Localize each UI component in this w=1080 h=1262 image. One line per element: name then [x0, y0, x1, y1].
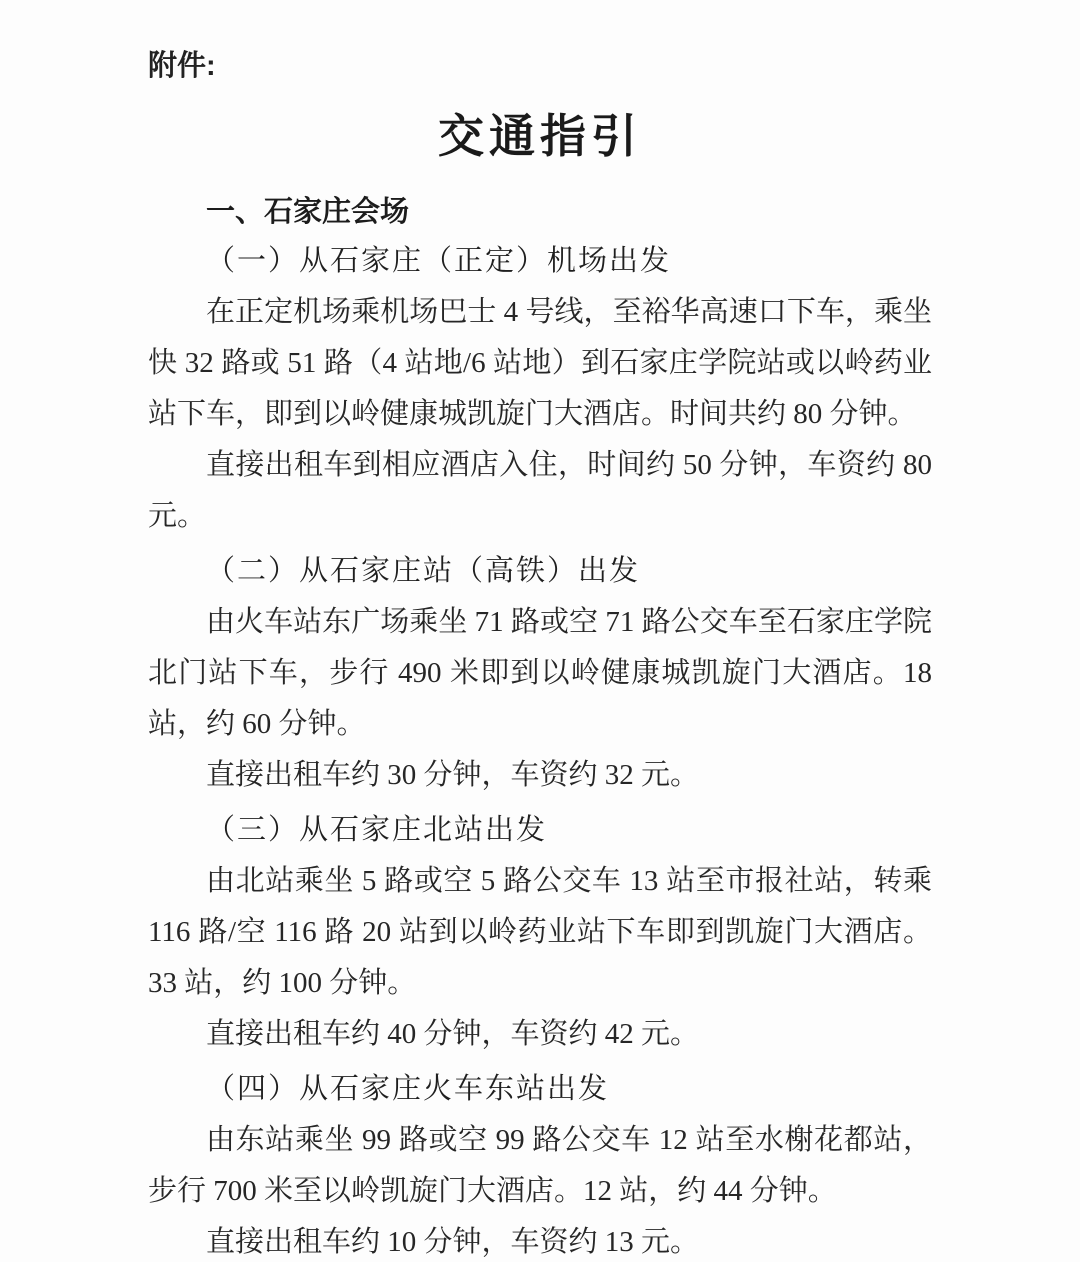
paragraph-railway-taxi: 直接出租车约 30 分钟，车资约 32 元。: [148, 750, 932, 801]
document-page: 附件: 交通指引 一、石家庄会场 （一）从石家庄（正定）机场出发 在正定机场乘机…: [0, 0, 1080, 1262]
subsection-heading-east-station: （四）从石家庄火车东站出发: [148, 1064, 932, 1115]
subsection-heading-airport: （一）从石家庄（正定）机场出发: [148, 236, 932, 287]
subsection-heading-north-station: （三）从石家庄北站出发: [148, 805, 932, 856]
paragraph-airport-taxi: 直接出租车到相应酒店入住，时间约 50 分钟，车资约 80 元。: [148, 440, 932, 542]
paragraph-north-bus-route: 由北站乘坐 5 路或空 5 路公交车 13 站至市报社站，转乘 116 路/空 …: [148, 856, 932, 1009]
subsection-north-station: （三）从石家庄北站出发 由北站乘坐 5 路或空 5 路公交车 13 站至市报社站…: [148, 805, 932, 1060]
paragraph-east-bus-route: 由东站乘坐 99 路或空 99 路公交车 12 站至水榭花都站，步行 700 米…: [148, 1115, 932, 1217]
subsection-railway-station: （二）从石家庄站（高铁）出发 由火车站东广场乘坐 71 路或空 71 路公交车至…: [148, 546, 932, 801]
subsection-east-station: （四）从石家庄火车东站出发 由东站乘坐 99 路或空 99 路公交车 12 站至…: [148, 1064, 932, 1262]
subsection-heading-railway-station: （二）从石家庄站（高铁）出发: [148, 546, 932, 597]
page-title: 交通指引: [148, 108, 932, 166]
paragraph-north-taxi: 直接出租车约 40 分钟，车资约 42 元。: [148, 1009, 932, 1060]
document-content: 附件: 交通指引 一、石家庄会场 （一）从石家庄（正定）机场出发 在正定机场乘机…: [0, 0, 1080, 1262]
attachment-label: 附件:: [148, 48, 932, 84]
section-heading-shijiazhuang-venue: 一、石家庄会场: [148, 192, 932, 232]
paragraph-railway-bus-route: 由火车站东广场乘坐 71 路或空 71 路公交车至石家庄学院北门站下车，步行 4…: [148, 597, 932, 750]
paragraph-airport-bus-route: 在正定机场乘机场巴士 4 号线，至裕华高速口下车，乘坐快 32 路或 51 路（…: [148, 287, 932, 440]
paragraph-east-taxi: 直接出租车约 10 分钟，车资约 13 元。: [148, 1217, 932, 1262]
subsection-airport: （一）从石家庄（正定）机场出发 在正定机场乘机场巴士 4 号线，至裕华高速口下车…: [148, 236, 932, 542]
